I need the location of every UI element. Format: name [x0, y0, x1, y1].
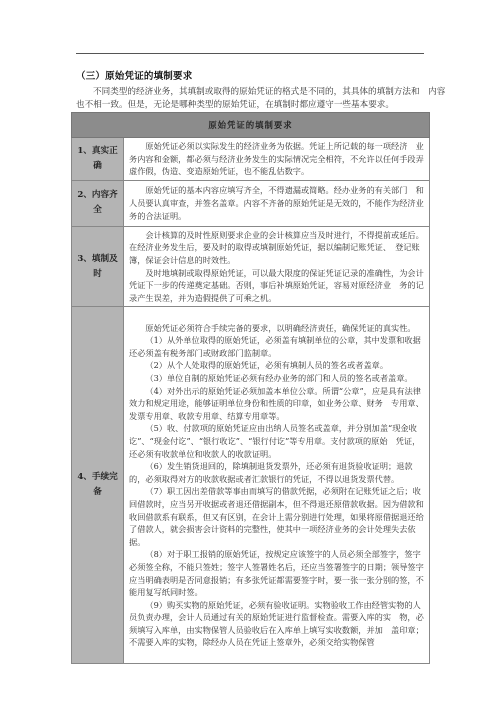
- intro-line-1: 不同类型的经济业务，其填制或取得的原始凭证的格式是不同的，其具体的填制方法和 内…: [76, 86, 428, 99]
- requirements-table: 原始凭证的填制要求 1、真实正确 原始凭证必须以实际发生的经济业务为依据。凭证上…: [71, 112, 430, 664]
- paragraph: 原始凭证的基本内容应填写齐全，不得遗漏或简略。经办业务的有关部门 和人员要认真审…: [129, 184, 424, 222]
- row-label-procedures: 4、手续完备: [72, 307, 124, 664]
- table-row: 2、内容齐全 原始凭证的基本内容应填写齐全，不得遗漏或简略。经办业务的有关部门 …: [72, 180, 430, 226]
- row-label-complete: 2、内容齐全: [72, 180, 124, 226]
- row-content-complete: 原始凭证的基本内容应填写齐全，不得遗漏或简略。经办业务的有关部门 和人员要认真审…: [124, 180, 430, 226]
- section-title: （三）原始凭证的填制要求: [76, 68, 192, 82]
- intro-line-2: 也不相一致。但是，无论是哪种类型的原始凭证，在填制时都应遵守一些基本要求。: [76, 99, 428, 112]
- top-divider: [76, 53, 424, 54]
- paragraph: （3）单位自制的原始凭证必须有经办业务的部门和人员的签名或者盖章。: [129, 372, 424, 385]
- row-label-truthful: 1、真实正确: [72, 138, 124, 181]
- paragraph: （1）从外单位取得的原始凭证，必须盖有填制单位的公章，其中发票和收据还必须盖有税…: [129, 334, 424, 359]
- paragraph: （8）对于职工报销的原始凭证，按规定应该签字的人员必须全部签字，签字必须签全称，…: [129, 548, 424, 598]
- table-row: 3、填制及时 会计核算的及时性原则要求企业的会计核算应当及时进行，不得提前或延后…: [72, 226, 430, 307]
- row-content-procedures: 原始凭证必须符合手续完备的要求，以明确经济责任，确保凭证的真实性。 （1）从外单…: [124, 307, 430, 664]
- paragraph: （5）收、付款项的原始凭证应由出纳人员签名或盖章，并分别加盖“现金收讫”、“现金…: [129, 422, 424, 460]
- row-content-timely: 会计核算的及时性原则要求企业的会计核算应当及时进行，不得提前或延后。在经济业务发…: [124, 226, 430, 307]
- paragraph: 会计核算的及时性原则要求企业的会计核算应当及时进行，不得提前或延后。在经济业务发…: [129, 229, 424, 267]
- paragraph: 原始凭证必须符合手续完备的要求，以明确经济责任，确保凭证的真实性。: [129, 322, 424, 335]
- paragraph: （9）购买实物的原始凭证，必须有验收证明。实物验收工作由经管实物的人员负责办理，…: [129, 599, 424, 649]
- table-row: 1、真实正确 原始凭证必须以实际发生的经济业务为依据。凭证上所记载的每一项经济 …: [72, 138, 430, 181]
- paragraph: 及时地填制或取得原始凭证，可以最大限度的保证凭证记录的准确性，为会计凭证下一步的…: [129, 267, 424, 305]
- table-row: 4、手续完备 原始凭证必须符合手续完备的要求，以明确经济责任，确保凭证的真实性。…: [72, 307, 430, 664]
- table-header: 原始凭证的填制要求: [72, 113, 430, 138]
- paragraph: （7）职工因出差借款等事由而填写的借款凭据，必须附在记账凭证之后；收回借款时，应…: [129, 485, 424, 548]
- paragraph: （2）从个人处取得的原始凭证，必须有填制人员的签名或者盖章。: [129, 359, 424, 372]
- paragraph: 原始凭证必须以实际发生的经济业务为依据。凭证上所记载的每一项经济 业务内容和金额…: [129, 140, 424, 178]
- row-label-timely: 3、填制及时: [72, 226, 124, 307]
- row-content-truthful: 原始凭证必须以实际发生的经济业务为依据。凭证上所记载的每一项经济 业务内容和金额…: [124, 138, 430, 181]
- intro-paragraph: 不同类型的经济业务，其填制或取得的原始凭证的格式是不同的，其具体的填制方法和 内…: [76, 86, 428, 112]
- paragraph: （4）对外出示的原始凭证必须加盖本单位公章。所谓“公章”，应是具有法律效力和规定…: [129, 385, 424, 423]
- paragraph: （6）发生销货退回的，除填制退货发票外，还必须有退货验收证明；退款的，必须取得对…: [129, 460, 424, 485]
